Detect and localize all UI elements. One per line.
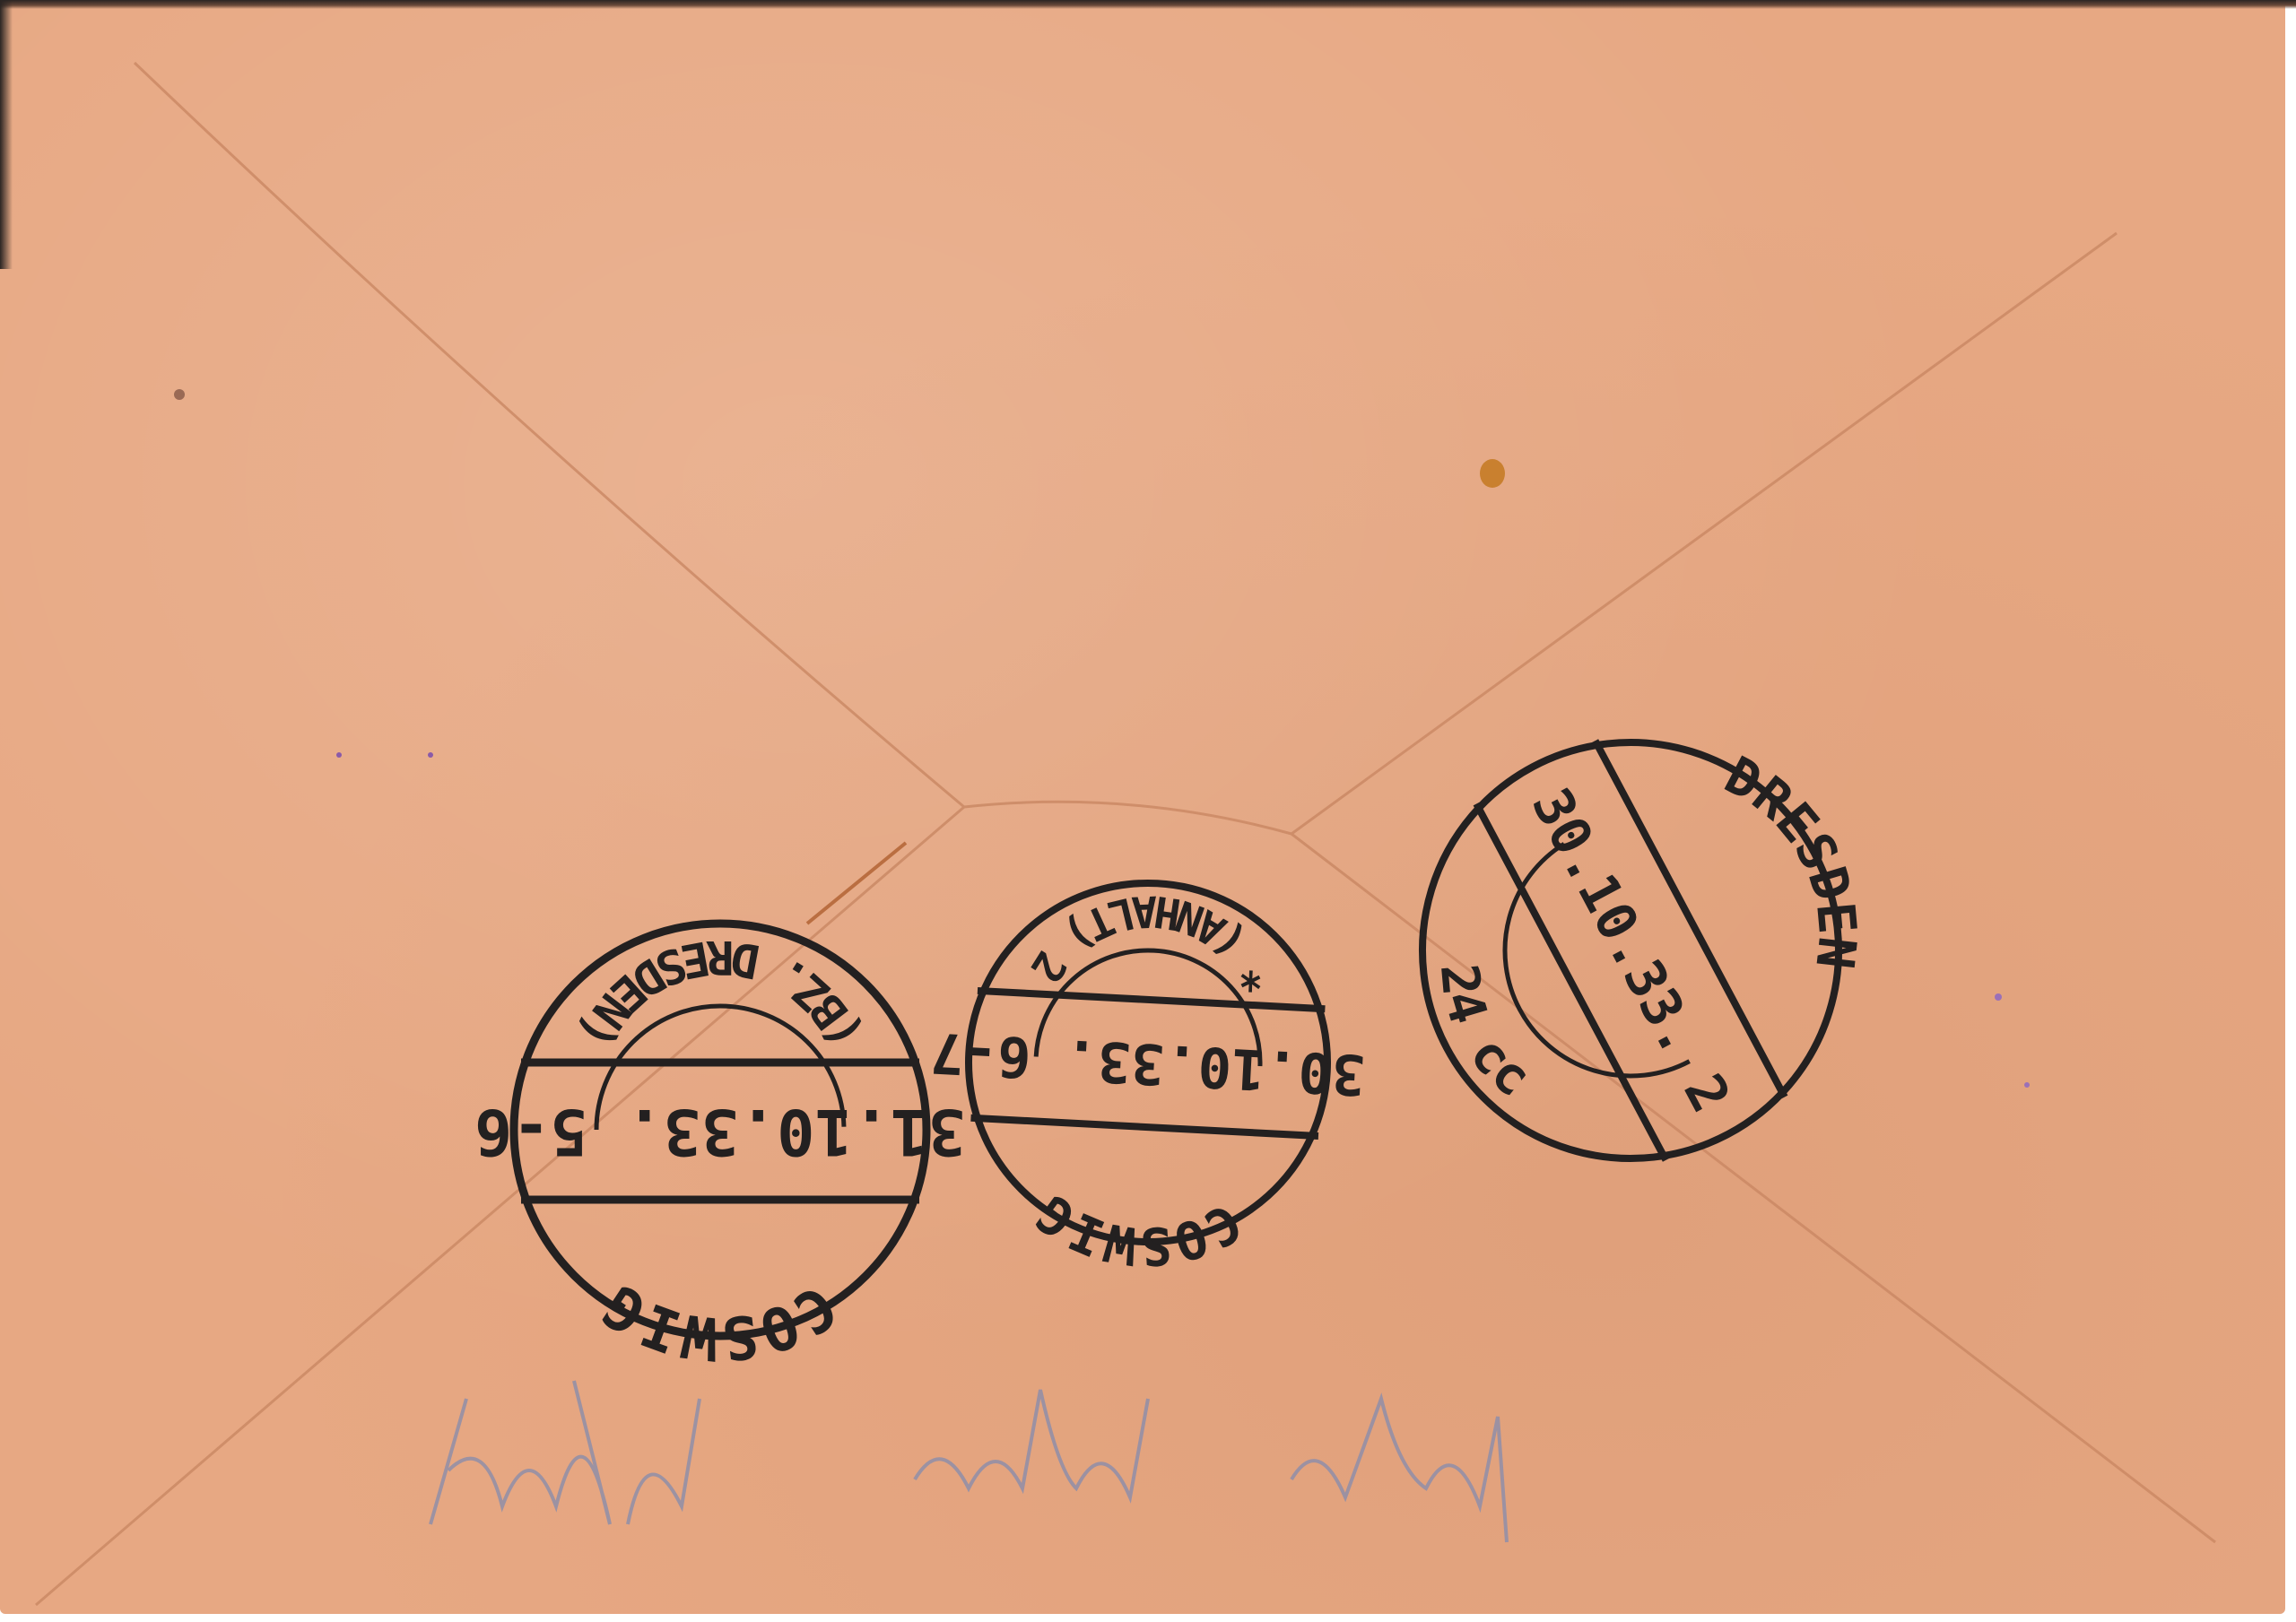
postmark-date: 31.10.33. 5-6: [474, 1095, 966, 1168]
pencil-handwriting: [430, 1381, 1507, 1542]
ink-speck: [336, 752, 342, 758]
postmark-coswig-anhalt: * (ANHALT) 2 COSWIG 30.10.33. 6-7: [919, 872, 1375, 1288]
stain-spot: [1480, 459, 1505, 488]
ink-speck: [2024, 1082, 2030, 1088]
envelope-features: (BZ. DRESDEN) COSWIG 31.10.33. 5-6 * (AN…: [0, 0, 2296, 1622]
postmark-date: 30.10.33. 6-7: [929, 1019, 1367, 1107]
flap-fold-lines: [36, 63, 2215, 1605]
svg-text:* (ANHALT) 2: * (ANHALT) 2: [1019, 879, 1291, 1003]
ink-speck: [428, 752, 433, 758]
dirt-spot: [174, 389, 185, 400]
svg-text:COSWIG: COSWIG: [591, 1271, 849, 1373]
fold-crease-stain: [807, 843, 906, 924]
ink-speck: [1995, 993, 2002, 1001]
postmark-dresden: DRESDEN 24 cc 30.10.33. 2: [1349, 654, 1941, 1232]
svg-text:COSWIG: COSWIG: [1023, 1181, 1255, 1283]
postmark-coswig-bz-dresden: (BZ. DRESDEN) COSWIG 31.10.33. 5-6: [474, 924, 966, 1374]
